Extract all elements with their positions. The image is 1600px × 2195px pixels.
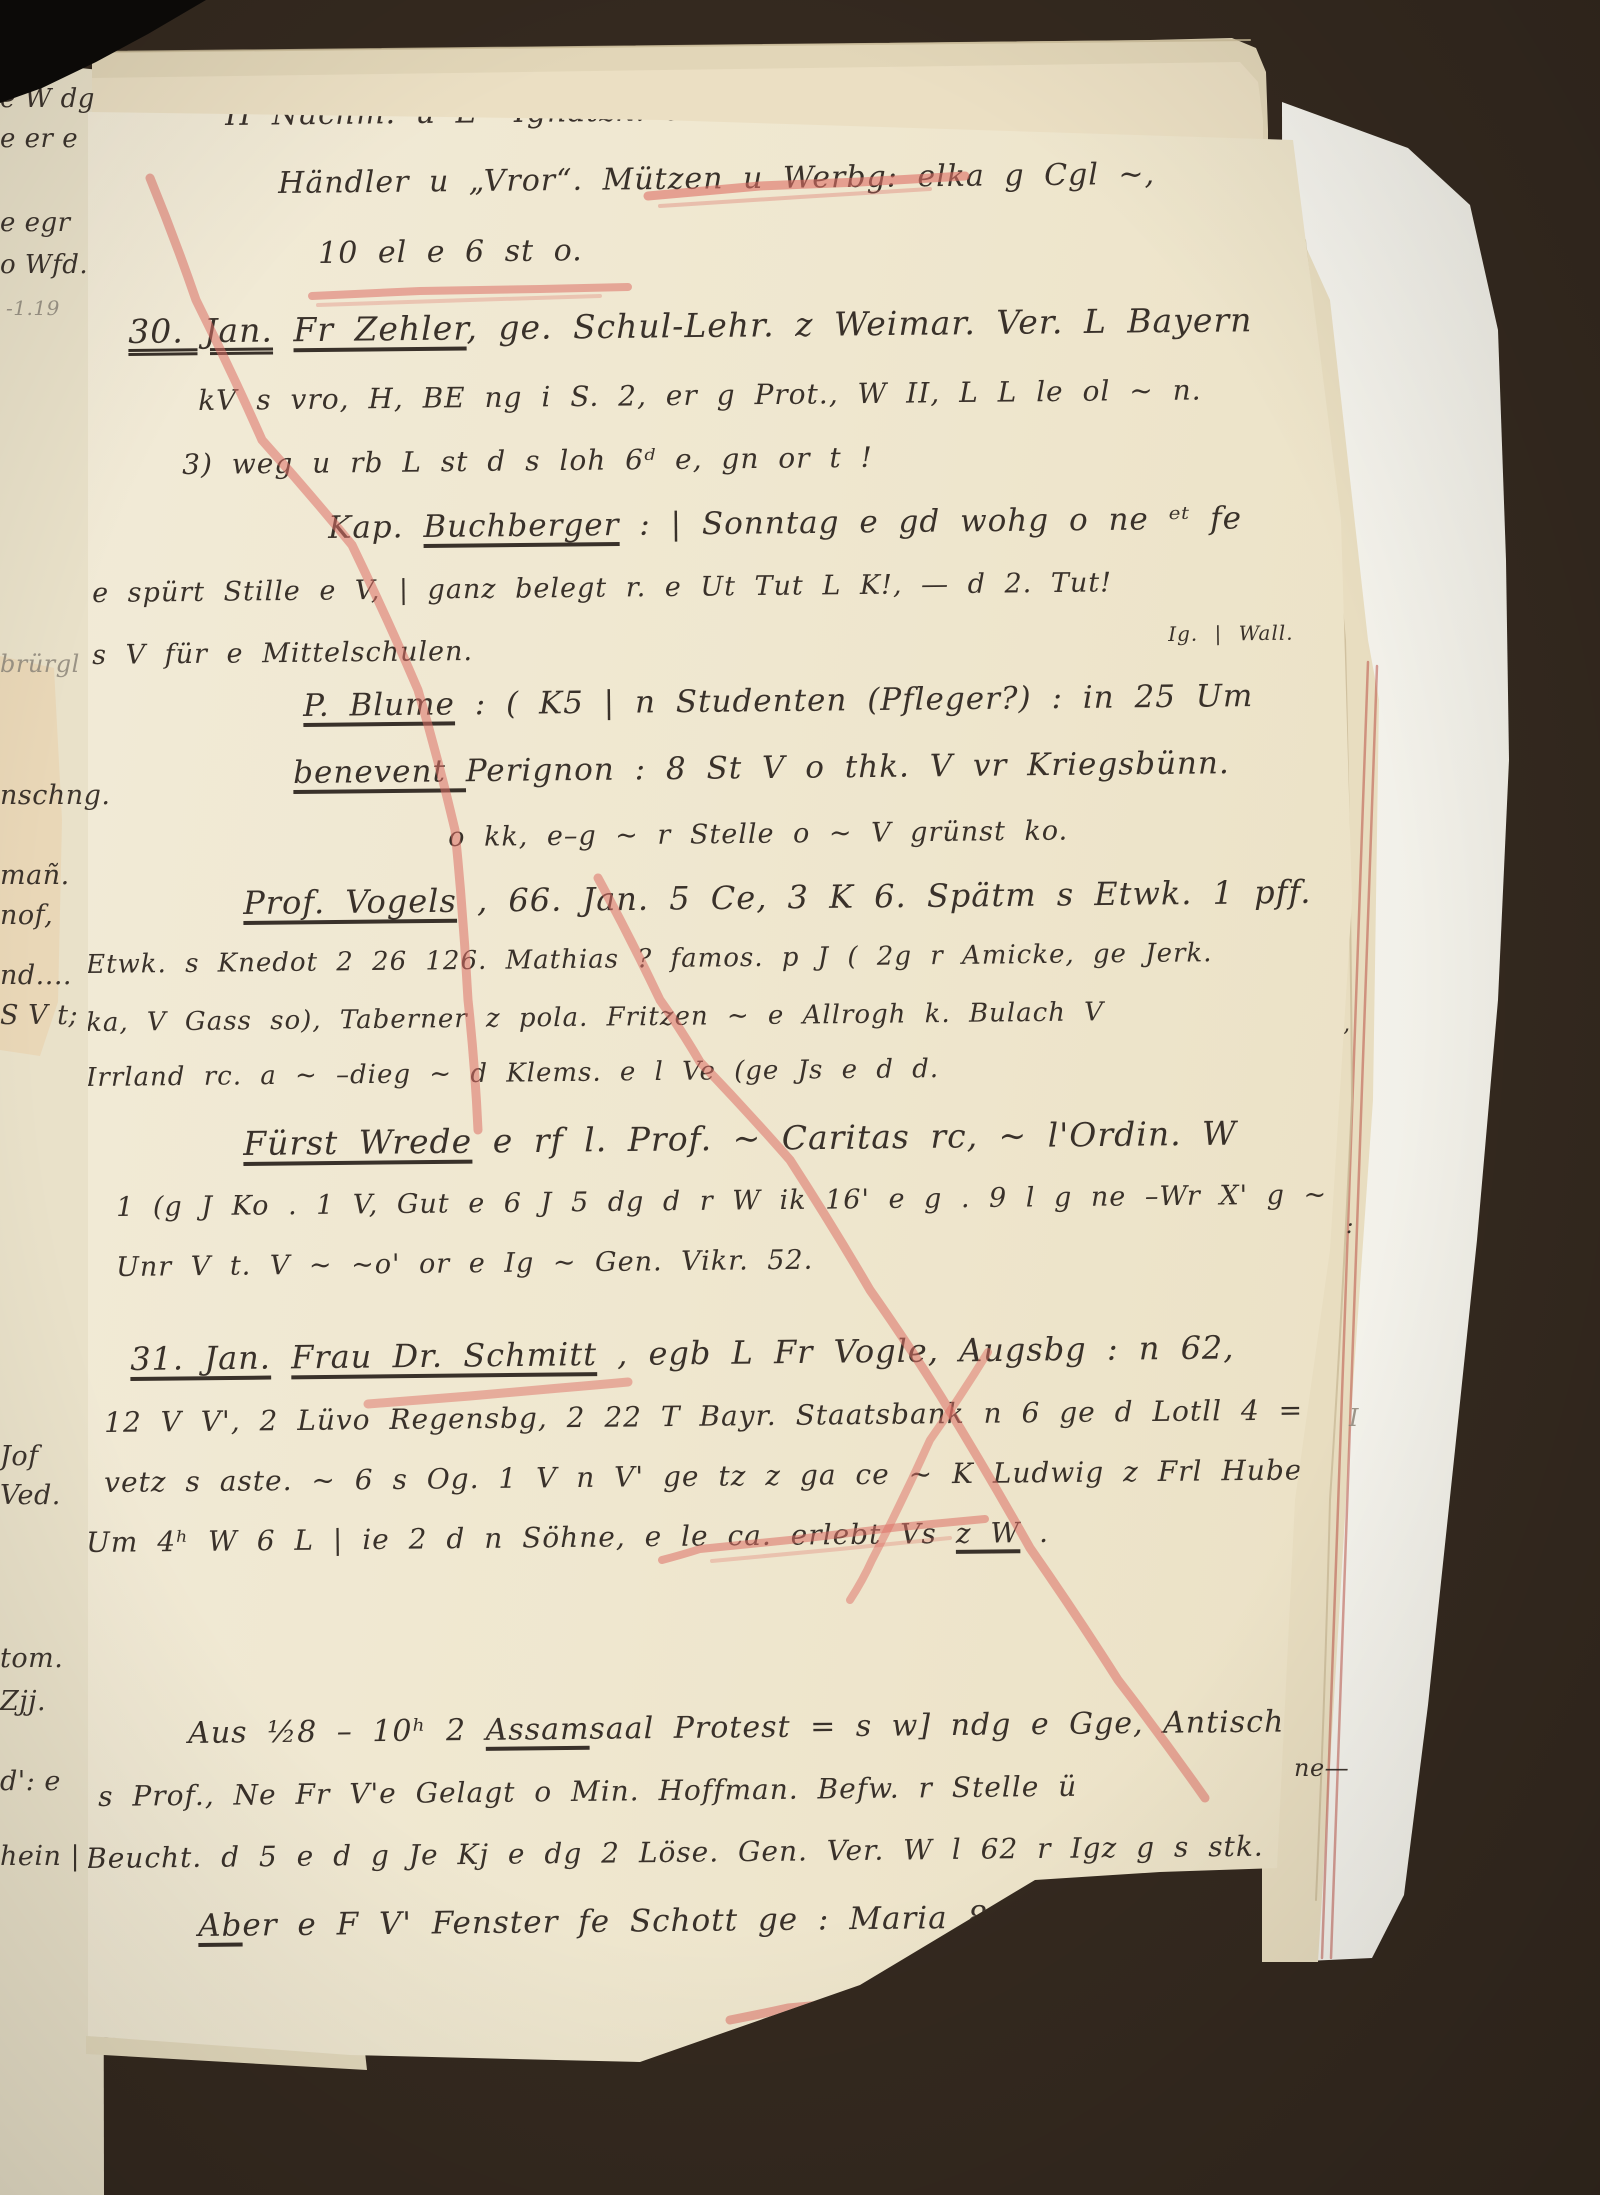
archival-scan: { "scene": { "background_color": "#34291…	[0, 0, 1600, 2195]
cutoff-text-fragment: tom.	[0, 1643, 63, 1674]
left-margin-fragments: e W dge er ee egro Wfd.-1.19brürglnschng…	[0, 0, 1600, 2195]
cutoff-text-fragment: nof,	[0, 900, 53, 931]
cutoff-text-fragment: brürgl	[0, 650, 80, 678]
cutoff-text-fragment: Jof	[0, 1441, 39, 1472]
cutoff-text-fragment: S V t;	[0, 1000, 78, 1031]
cutoff-text-fragment: d': e	[0, 1766, 61, 1797]
cutoff-text-fragment: mañ.	[0, 860, 70, 891]
cutoff-text-fragment: e er e	[0, 124, 78, 154]
cutoff-text-fragment: -1.19	[6, 296, 60, 320]
cutoff-text-fragment: hein |	[0, 1841, 80, 1872]
cutoff-text-fragment: nschng.	[0, 780, 111, 811]
cutoff-text-fragment: nd....	[0, 960, 72, 991]
cutoff-text-fragment: e egr	[0, 208, 71, 238]
cutoff-text-fragment: Zjj.	[0, 1686, 46, 1717]
cutoff-text-fragment: o Wfd.	[0, 250, 88, 280]
cutoff-text-fragment: Ved.	[0, 1480, 61, 1511]
